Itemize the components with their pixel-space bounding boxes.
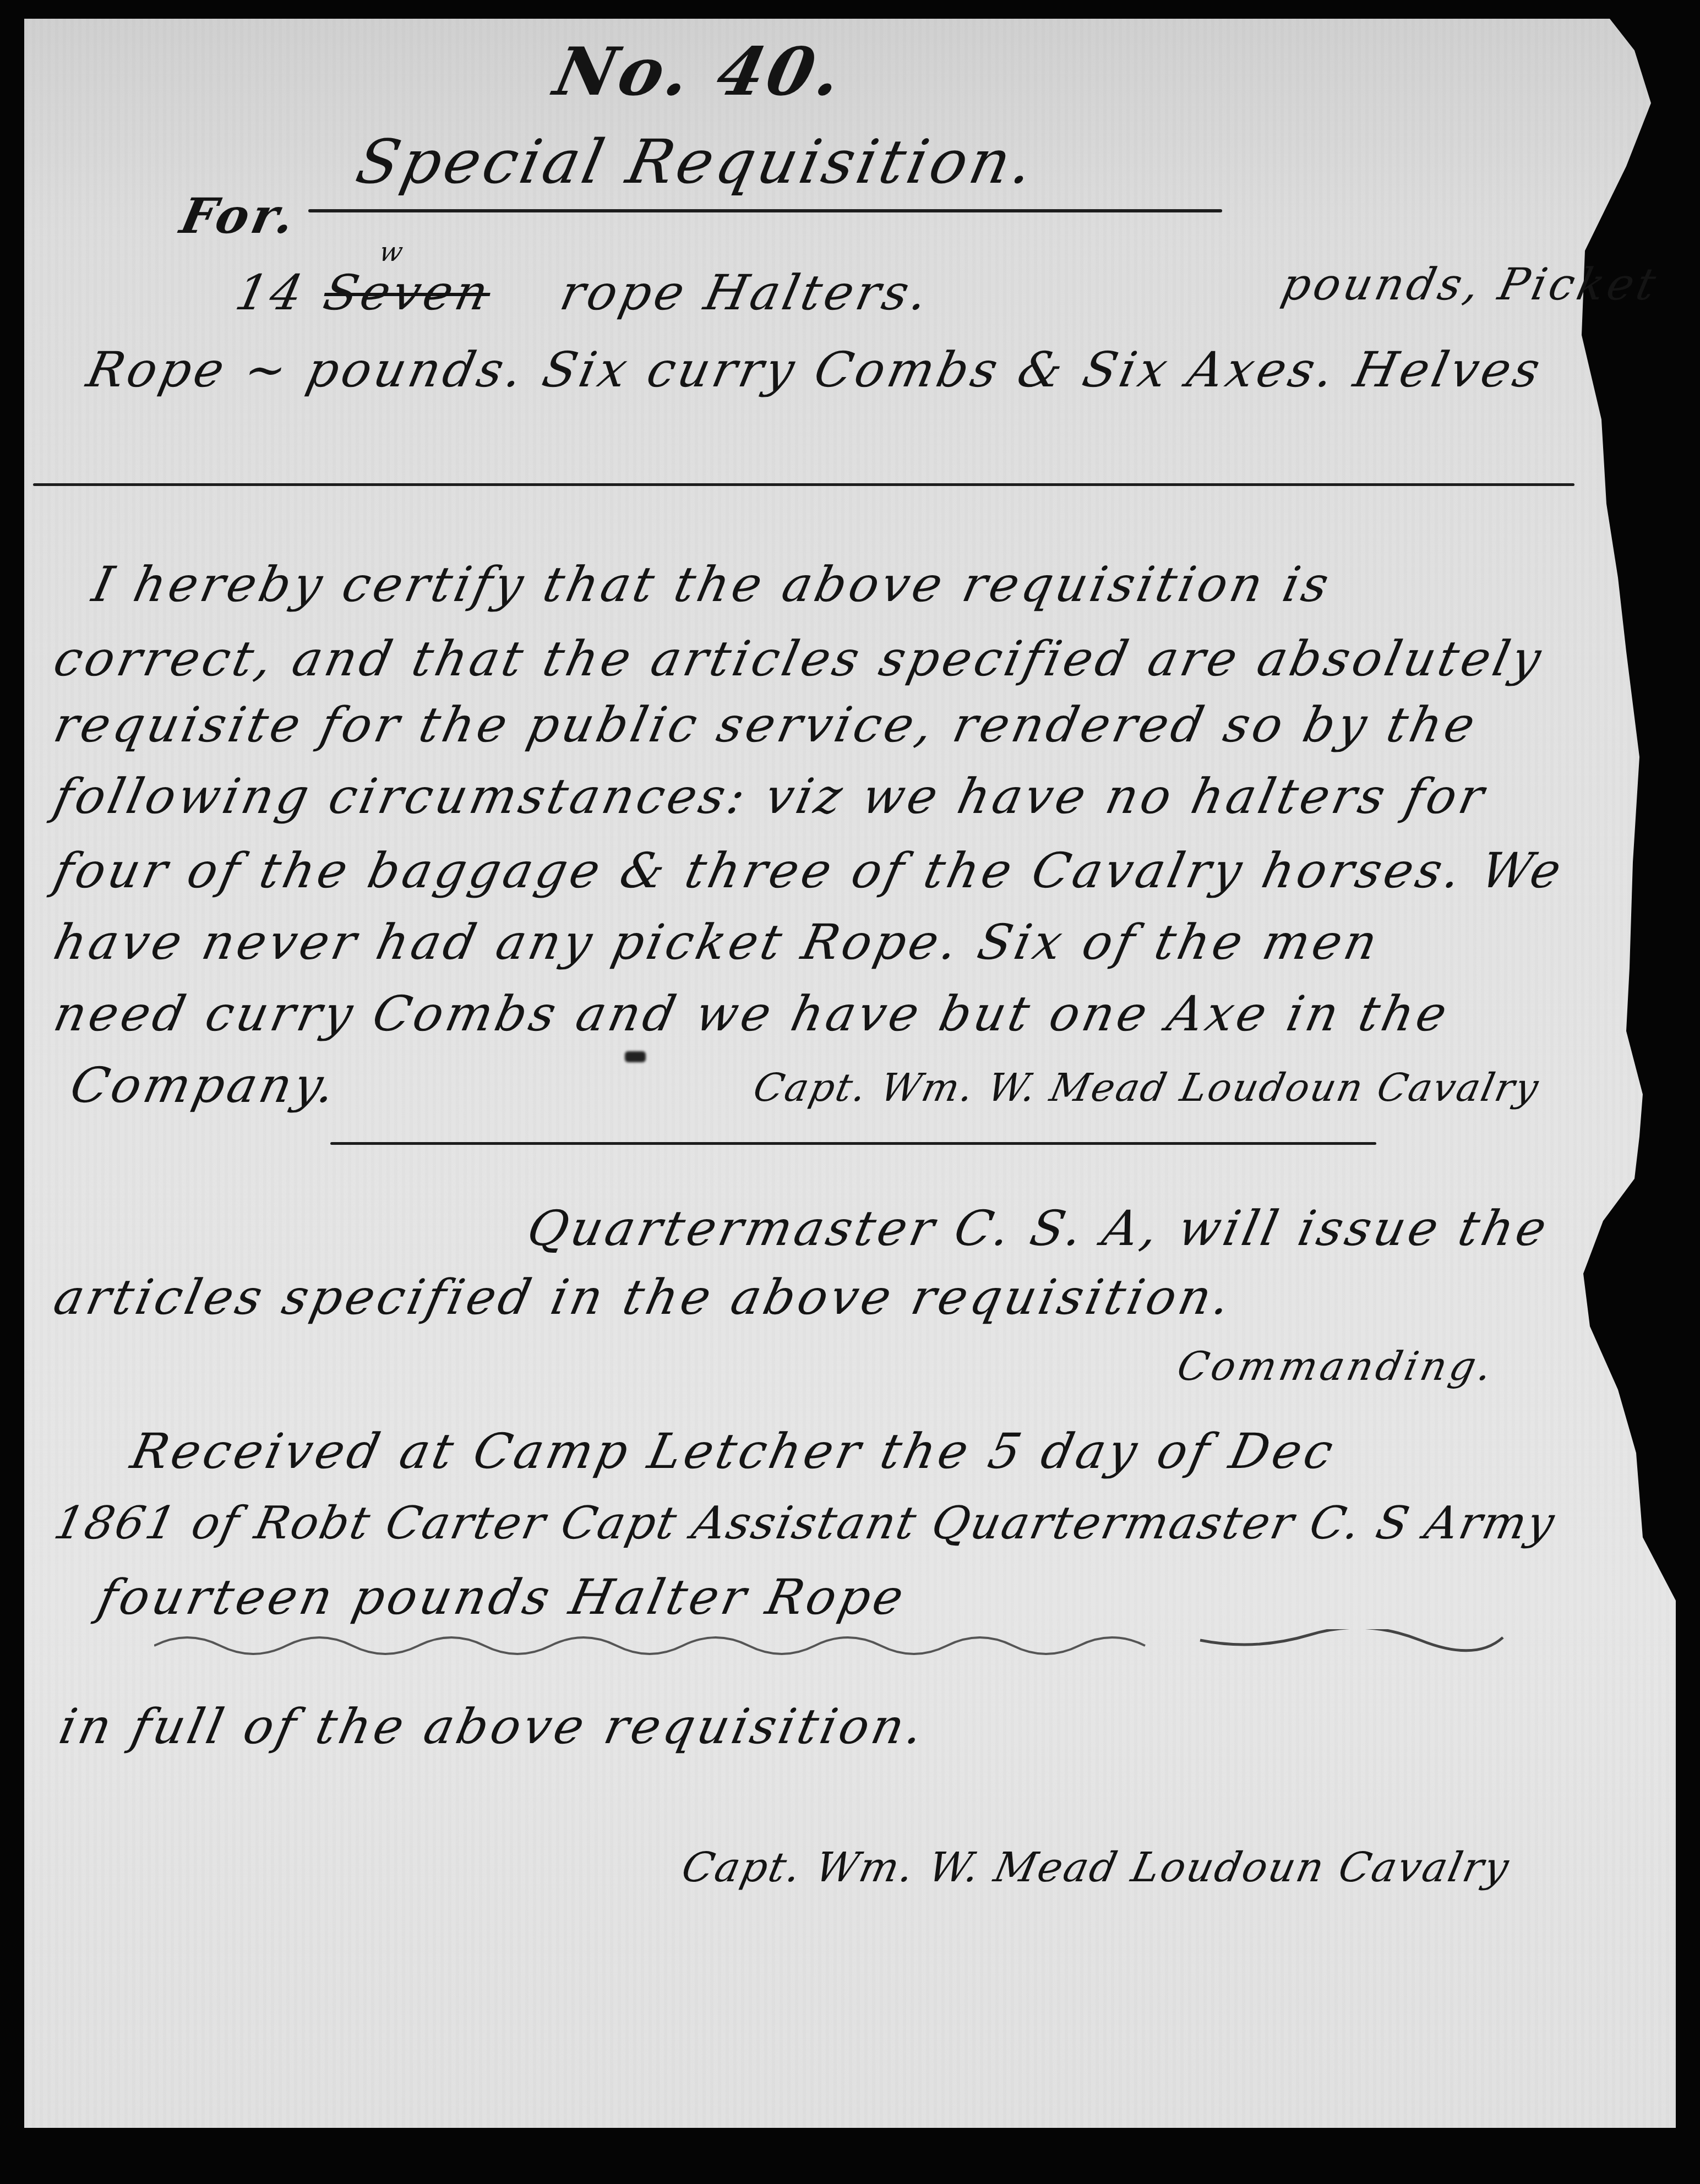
cert-signature: Capt. Wm. W. Mead Loudoun Cavalry bbox=[749, 1065, 1544, 1110]
cert-line-5: four of the baggage & three of the Caval… bbox=[49, 842, 1570, 899]
requisition-number: No. 40. bbox=[548, 33, 852, 111]
cert-rule bbox=[330, 1142, 1376, 1145]
item-quantity: 14 bbox=[231, 264, 311, 321]
receipt-line-3: fourteen pounds Halter Rope bbox=[93, 1569, 912, 1625]
section-rule bbox=[33, 483, 1574, 486]
cert-line-1: I hereby certify that the above requisit… bbox=[88, 556, 1337, 613]
ink-blot bbox=[625, 1051, 646, 1062]
item-line2-text: Rope ~ pounds. Six curry Combs & Six Axe… bbox=[82, 341, 1548, 398]
title-rule bbox=[308, 209, 1222, 212]
cert-line-7: need curry Combs and we have but one Axe… bbox=[49, 985, 1455, 1042]
receipt-signature: Capt. Wm. W. Mead Loudoun Cavalry bbox=[678, 1844, 1514, 1891]
wavy-rule bbox=[154, 1629, 1530, 1662]
cert-line-4: following circumstances: viz we have no … bbox=[49, 768, 1492, 825]
receipt-line-4: in full of the above requisition. bbox=[55, 1698, 931, 1755]
cert-line-6: have never had any picket Rope. Six of t… bbox=[49, 914, 1386, 970]
cert-line-8: Company. bbox=[66, 1057, 344, 1113]
order-line-2: articles specified in the above requisit… bbox=[49, 1269, 1239, 1325]
for-label: For. bbox=[176, 187, 303, 244]
cert-line-3: requisite for the public service, render… bbox=[49, 696, 1483, 753]
document-title: Special Requisition. bbox=[350, 127, 1043, 197]
commanding-label: Commanding. bbox=[1173, 1343, 1500, 1389]
receipt-line-1: Received at Camp Letcher the 5 day of De… bbox=[126, 1423, 1341, 1479]
cert-line-2: correct, and that the articles specified… bbox=[49, 630, 1549, 687]
item-line1-right: pounds, Picket bbox=[1277, 259, 1664, 310]
item-struck-word: Seven bbox=[319, 264, 497, 321]
item-line1-text: rope Halters. bbox=[555, 264, 936, 321]
order-line-1: Quartermaster C. S. A, will issue the bbox=[522, 1200, 1555, 1257]
receipt-line-2: 1861 of Robt Carter Capt Assistant Quart… bbox=[50, 1497, 1560, 1549]
